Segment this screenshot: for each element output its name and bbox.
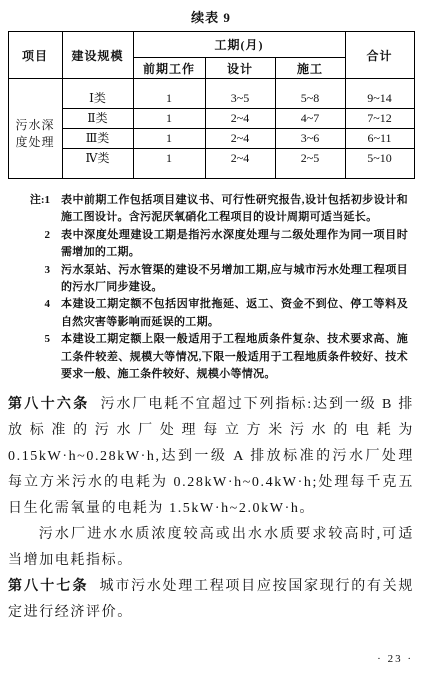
page-number: · 23 · — [377, 653, 413, 665]
col-header-project: 项目 — [8, 32, 62, 79]
table-row: Ⅱ类 1 2~4 4~7 7~12 — [8, 109, 414, 129]
note-number: 3 — [14, 262, 61, 297]
article-86-body: 污水厂电耗不宜超过下列指标:达到一级 B 排放标准的污水厂处理每立方米污水的电耗… — [8, 397, 414, 516]
cell-construction: 4~7 — [275, 109, 345, 129]
note-number: 5 — [14, 331, 61, 383]
article-86: 第八十六条污水厂电耗不宜超过下列指标:达到一级 B 排放标准的污水厂处理每立方米… — [8, 392, 414, 522]
note-number: 4 — [14, 296, 61, 331]
article-87-heading: 第八十七条 — [8, 579, 89, 594]
cell-preliminary: 1 — [133, 79, 205, 109]
cell-construction: 3~6 — [275, 129, 345, 149]
col-header-preliminary: 前期工作 — [133, 58, 205, 79]
cell-total: 7~12 — [345, 109, 414, 129]
notes-section: 注:1 表中前期工作包括项目建议书、可行性研究报告,设计包括初步设计和施工图设计… — [14, 192, 408, 383]
cell-scale: Ⅰ类 — [62, 79, 133, 109]
cell-total: 9~14 — [345, 79, 414, 109]
cell-scale: Ⅲ类 — [62, 129, 133, 149]
cell-scale: Ⅱ类 — [62, 109, 133, 129]
cell-design: 2~4 — [205, 129, 275, 149]
paragraph-inflow-body: 污水厂进水水质浓度较高或出水水质要求较高时,可适当增加电耗指标。 — [8, 527, 414, 568]
table-row: Ⅳ类 1 2~4 2~5 5~10 — [8, 149, 414, 179]
note-text: 表中深度处理建设工期是指污水深度处理与二级处理作为同一项目时需增加的工期。 — [61, 227, 408, 262]
cell-preliminary: 1 — [133, 149, 205, 179]
table-title: 续表 9 — [0, 0, 422, 26]
cell-construction: 2~5 — [275, 149, 345, 179]
note-item: 4 本建设工期定额不包括因审批拖延、返工、资金不到位、停工等料及自然灾害等影响而… — [14, 296, 408, 331]
note-number: 2 — [14, 227, 61, 262]
col-header-scale: 建设规模 — [62, 32, 133, 79]
cell-total: 5~10 — [345, 149, 414, 179]
note-item: 注:1 表中前期工作包括项目建议书、可行性研究报告,设计包括初步设计和施工图设计… — [14, 192, 408, 227]
col-header-design: 设计 — [205, 58, 275, 79]
cell-preliminary: 1 — [133, 129, 205, 149]
cell-design: 3~5 — [205, 79, 275, 109]
table-row: 污水深度处理 Ⅰ类 1 3~5 5~8 9~14 — [8, 79, 414, 109]
article-87: 第八十七条城市污水处理工程项目应按国家现行的有关规定进行经济评价。 — [8, 574, 414, 626]
cell-scale: Ⅳ类 — [62, 149, 133, 179]
cell-design: 2~4 — [205, 109, 275, 129]
table-row: Ⅲ类 1 2~4 3~6 6~11 — [8, 129, 414, 149]
col-header-duration-group: 工期(月) — [133, 32, 345, 58]
note-item: 3 污水泵站、污水管渠的建设不另增加工期,应与城市污水处理工程项目的污水厂同步建… — [14, 262, 408, 297]
note-text: 污水泵站、污水管渠的建设不另增加工期,应与城市污水处理工程项目的污水厂同步建设。 — [61, 262, 408, 297]
col-header-total: 合计 — [345, 32, 414, 79]
cell-preliminary: 1 — [133, 109, 205, 129]
cell-construction: 5~8 — [275, 79, 345, 109]
note-text: 本建设工期定额上限一般适用于工程地质条件复杂、技术要求高、施工条件较差、规模大等… — [61, 331, 408, 383]
cell-design: 2~4 — [205, 149, 275, 179]
paragraph-inflow: 污水厂进水水质浓度较高或出水水质要求较高时,可适当增加电耗指标。 — [8, 522, 414, 574]
article-86-heading: 第八十六条 — [8, 397, 90, 412]
cell-total: 6~11 — [345, 129, 414, 149]
col-header-construction: 施工 — [275, 58, 345, 79]
document-page: 续表 9 项目 建设规模 工期(月) 合计 前期工作 设计 施工 污水深度处理 … — [0, 0, 422, 676]
articles-section: 第八十六条污水厂电耗不宜超过下列指标:达到一级 B 排放标准的污水厂处理每立方米… — [8, 392, 414, 626]
note-text: 表中前期工作包括项目建议书、可行性研究报告,设计包括初步设计和施工图设计。含污泥… — [61, 192, 408, 227]
schedule-table: 项目 建设规模 工期(月) 合计 前期工作 设计 施工 污水深度处理 Ⅰ类 1 … — [8, 31, 415, 179]
note-text: 本建设工期定额不包括因审批拖延、返工、资金不到位、停工等料及自然灾害等影响而延误… — [61, 296, 408, 331]
cell-project-name: 污水深度处理 — [8, 79, 62, 179]
note-item: 5 本建设工期定额上限一般适用于工程地质条件复杂、技术要求高、施工条件较差、规模… — [14, 331, 408, 383]
header-row-1: 项目 建设规模 工期(月) 合计 — [8, 32, 414, 58]
note-number: 注:1 — [14, 192, 61, 227]
note-item: 2 表中深度处理建设工期是指污水深度处理与二级处理作为同一项目时需增加的工期。 — [14, 227, 408, 262]
